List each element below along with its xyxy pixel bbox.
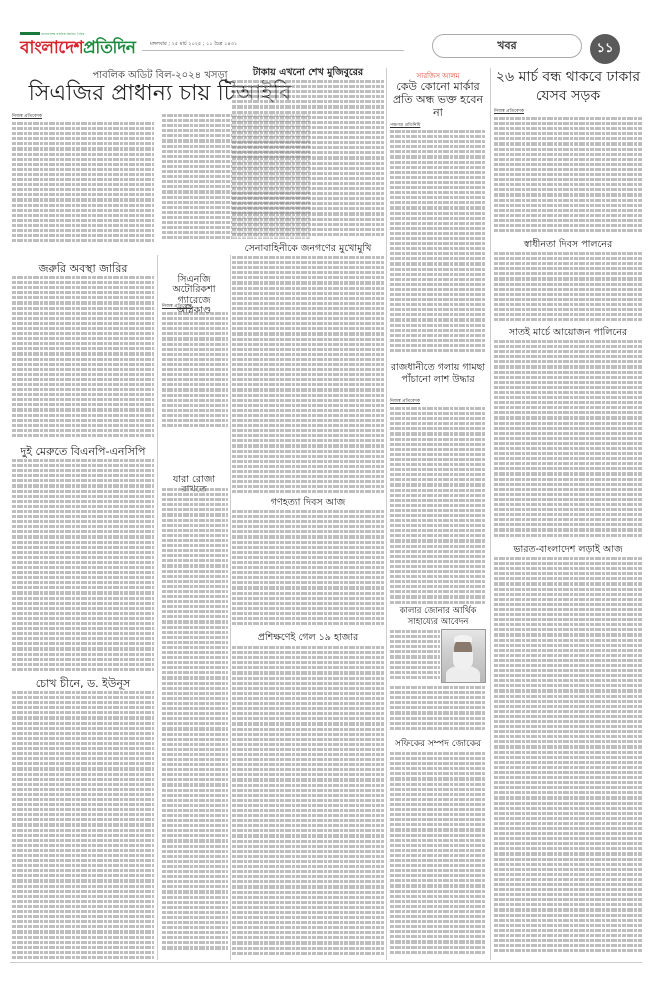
appeal-body [390,686,486,736]
appeal-headline: কালার জোনার আর্থিক সাহায্যের আবেদন [388,606,488,628]
page-number-badge: ১১ [590,34,620,64]
sarjis-byline: পঞ্চগড় প্রতিনিধি [390,122,420,129]
bnp-ncp-body [12,459,154,674]
independence-body [494,252,642,326]
lead-byline: নিজস্ব প্রতিবেদক [12,113,42,120]
taka-headline: টাকায় এখনো শেখ মুজিবুরের [232,68,384,78]
genocide-body [232,510,384,630]
cng-body [162,312,228,430]
column-divider [386,68,387,960]
india-bd-headline: ভারত-বাংলাদেশ লড়াই আজ [493,545,643,555]
army-body [232,256,384,496]
logo-wordmark: বাংলাদেশপ্রতিদিন [20,38,140,58]
lead-body-col1 [12,122,154,244]
column-divider [230,255,231,960]
yunus-body [12,691,154,961]
yunus-headline: চোখ চীনে, ড. ইউনূস [10,678,156,690]
body-found-body [390,407,486,607]
emergency-headline: জরুরি অবস্থা জারির [10,263,156,275]
shafiq-body [390,752,486,958]
column-divider [490,68,491,960]
body-found-headline: রাজধানীতে গলায় গামছা পাঁচানো লাশ উদ্ধার [388,362,488,386]
masthead-rule [142,50,404,51]
cng-headline: সিএনজি অটোরিকশা গ্যারেজে অগ্নিকাণ্ড [160,275,228,317]
bnp-ncp-headline: দুই মেরুতে বিএনপি-এনসিপি [10,446,156,458]
training-body [232,646,384,960]
roads-headline: ২৬ মার্চ বন্ধ থাকবে ঢাকার যেসব সড়ক [493,68,643,106]
march7-headline: সাতই মার্চে আয়োজন পালিনের [493,328,643,338]
appeal-body-left [390,630,440,685]
roads-byline: নিজস্ব প্রতিবেদক [494,108,524,115]
shafiq-headline: সফিকের সম্পদ জোকের [388,740,488,750]
date-line: মঙ্গলবার ; ২৫ মার্চ ২০২৫ ; ১১ চৈত্র ১৪৩১ [150,41,237,49]
appeal-portrait-photo [441,629,486,683]
india-bd-body [494,557,642,958]
training-headline: প্রশিক্ষণেই গেল ১৯ হাজার [232,633,384,643]
body-found-byline: নিজস্ব প্রতিবেদক [390,398,420,405]
fasting-body [162,488,228,958]
genocide-headline: গণহত্যা দিবস আজ [232,498,384,508]
masthead-logo: বাংলাদেশের সর্বাধিক প্রচারিত দৈনিক বাংলা… [20,32,140,58]
footer-rule [10,962,642,963]
sarjis-headline: কেউ কোনো মার্কার প্রতি অন্ধ ভক্ত হবেন না [388,80,488,119]
roads-body [494,117,642,237]
column-divider [157,255,158,960]
independence-headline: স্বাধীনতা দিবস পালনের [493,240,643,250]
cng-byline: নিজস্ব প্রতিবেদক [162,303,192,310]
taka-body [232,80,384,240]
march7-body [494,340,642,540]
section-label: খবর [432,34,582,58]
emergency-body [12,276,154,441]
army-headline: সেনাবাহিনীকে জনগণের মুখোমুখি [232,244,384,254]
sarjis-body [390,130,486,358]
